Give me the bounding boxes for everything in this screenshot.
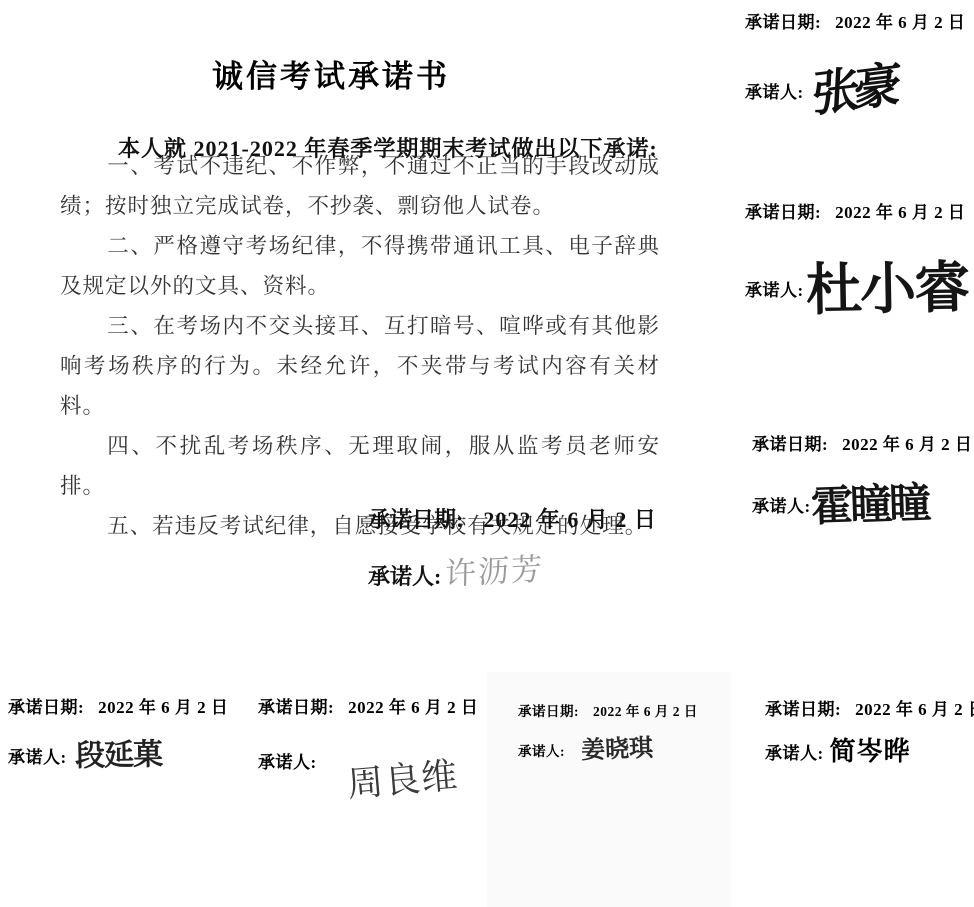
signature-handwriting: 张豪 xyxy=(810,45,897,125)
date-line: 承诺日期:2022 年 6 月 2 日 xyxy=(765,695,974,720)
date-value: 2022 年 6 月 2 日 xyxy=(835,13,965,32)
date-label: 承诺日期: xyxy=(745,13,821,32)
date-value: 2022 年 6 月 2 日 xyxy=(483,507,657,532)
clause-2: 二、严格遵守考场纪律，不得携带通讯工具、电子辞典及规定以外的文具、资料。 xyxy=(60,226,660,306)
signer-label: 承诺人: xyxy=(752,497,811,516)
signer-label: 承诺人: xyxy=(765,744,824,763)
date-value: 2022 年 6 月 2 日 xyxy=(855,700,974,719)
signature-block: 承诺日期:2022 年 6 月 2 日 承诺人:段延菓 xyxy=(8,693,228,772)
signer-line: 承诺人:霍瞳瞳 xyxy=(752,465,972,525)
signature-handwriting: 许沥芳 xyxy=(445,543,545,593)
date-label: 承诺日期: xyxy=(765,700,841,719)
clause-1: 一、考试不违纪、不作弊，不通过不正当的手段改动成绩；按时独立完成试卷，不抄袭、剽… xyxy=(60,146,660,226)
signature-block: 承诺日期:2022 年 6 月 2 日 承诺人:姜晓琪 xyxy=(518,700,698,763)
date-line: 承诺日期:2022 年 6 月 2 日 xyxy=(8,693,228,718)
pledge-date-line: 承诺日期:2022 年 6 月 2 日 xyxy=(368,503,657,534)
date-label: 承诺日期: xyxy=(8,698,84,717)
signature-handwriting: 杜小睿 xyxy=(805,244,968,327)
date-value: 2022 年 6 月 2 日 xyxy=(593,704,698,719)
clause-4: 四、不扰乱考场秩序、无理取闹，服从监考员老师安排。 xyxy=(60,426,660,506)
signature-handwriting: 段延菓 xyxy=(74,729,162,775)
signer-line: 承诺人:周良维 xyxy=(258,728,478,779)
signer-line: 承诺人:张豪 xyxy=(745,43,965,112)
date-value: 2022 年 6 月 2 日 xyxy=(348,698,478,717)
date-label: 承诺日期: xyxy=(518,704,579,719)
date-value: 2022 年 6 月 2 日 xyxy=(835,203,965,222)
signer-line: 承诺人:简岑晔 xyxy=(765,730,974,767)
signer-label: 承诺人: xyxy=(8,748,67,767)
date-line: 承诺日期:2022 年 6 月 2 日 xyxy=(752,430,972,455)
date-label: 承诺日期: xyxy=(752,435,828,454)
signer-line: 承诺人:杜小睿 xyxy=(745,233,966,313)
signer-label: 承诺人: xyxy=(745,281,804,300)
date-value: 2022 年 6 月 2 日 xyxy=(98,698,228,717)
pledge-signer-line: 承诺人:许沥芳 xyxy=(368,548,657,593)
signature-block: 承诺日期:2022 年 6 月 2 日 承诺人:简岑晔 xyxy=(765,695,974,767)
date-line: 承诺日期:2022 年 6 月 2 日 xyxy=(258,693,478,718)
date-line: 承诺日期:2022 年 6 月 2 日 xyxy=(518,700,698,720)
date-label: 承诺日期: xyxy=(258,698,334,717)
signer-label: 承诺人: xyxy=(368,564,441,589)
date-label: 承诺日期: xyxy=(368,507,463,532)
date-line: 承诺日期:2022 年 6 月 2 日 xyxy=(745,8,965,33)
signature-handwriting: 霍瞳瞳 xyxy=(810,470,929,534)
pledge-signature-area: 承诺日期:2022 年 6 月 2 日 承诺人:许沥芳 xyxy=(368,503,657,593)
signature-handwriting: 姜晓琪 xyxy=(580,728,653,765)
signature-block: 承诺日期:2022 年 6 月 2 日 承诺人:张豪 xyxy=(745,8,965,112)
signature-block: 承诺日期:2022 年 6 月 2 日 承诺人:杜小睿 xyxy=(745,198,966,313)
signature-block: 承诺日期:2022 年 6 月 2 日 承诺人:周良维 xyxy=(258,693,478,779)
signer-label: 承诺人: xyxy=(518,744,565,759)
scanned-pledge-page: 诚信考试承诺书 本人就 2021-2022 年春季学期期末考试做出以下承诺: 一… xyxy=(0,0,974,907)
signer-label: 承诺人: xyxy=(745,83,804,102)
signature-printed-name: 简岑晔 xyxy=(830,731,911,768)
signer-label: 承诺人: xyxy=(258,753,317,772)
date-value: 2022 年 6 月 2 日 xyxy=(842,435,972,454)
signer-line: 承诺人:姜晓琪 xyxy=(518,728,698,763)
signature-handwriting: 周良维 xyxy=(345,747,460,807)
page-title: 诚信考试承诺书 xyxy=(0,51,662,96)
clause-list: 一、考试不违纪、不作弊，不通过不正当的手段改动成绩；按时独立完成试卷，不抄袭、剽… xyxy=(60,146,660,546)
signer-line: 承诺人:段延菓 xyxy=(8,728,228,772)
date-line: 承诺日期:2022 年 6 月 2 日 xyxy=(745,198,966,223)
signature-block: 承诺日期:2022 年 6 月 2 日 承诺人:霍瞳瞳 xyxy=(752,430,972,525)
date-label: 承诺日期: xyxy=(745,203,821,222)
clause-3: 三、在考场内不交头接耳、互打暗号、喧哗或有其他影响考场秩序的行为。未经允许，不夹… xyxy=(60,306,660,426)
